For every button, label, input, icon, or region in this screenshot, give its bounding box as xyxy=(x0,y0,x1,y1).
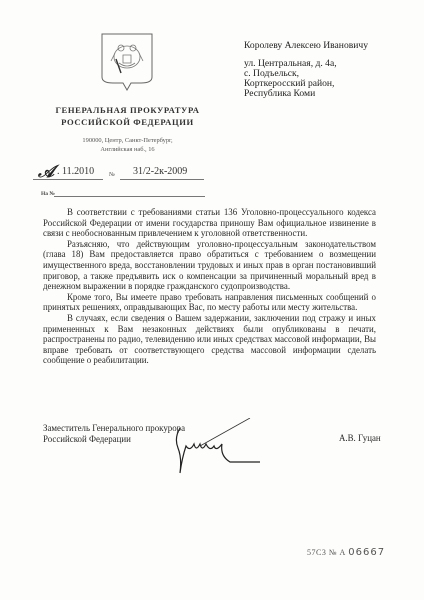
number-label: № xyxy=(109,172,115,178)
letter-page: ГЕНЕРАЛЬНАЯ ПРОКУРАТУРА РОССИЙСКОЙ ФЕДЕР… xyxy=(0,0,424,600)
addressee-address-line: Республика Коми xyxy=(244,89,368,99)
org-line-1: ГЕНЕРАЛЬНАЯ ПРОКУРАТУРА xyxy=(40,104,215,116)
org-line-2: РОССИЙСКОЙ ФЕДЕРАЦИИ xyxy=(40,116,215,128)
serial-prefix: 57С3 № А xyxy=(307,548,346,557)
addressee-name: Королеву Алексею Ивановичу xyxy=(244,41,368,51)
form-serial-number: 57С3 № А 06667 xyxy=(307,547,385,558)
date: . 11.2010 xyxy=(57,166,94,177)
reply-to-underline xyxy=(54,196,205,197)
signatory-title-line-1: Заместитель Генерального прокурора xyxy=(43,423,185,434)
handwritten-signature-icon xyxy=(170,418,270,498)
addressee-block: Королеву Алексею Ивановичу ул. Центральн… xyxy=(244,41,368,99)
signatory-title-line-2: Российской Федерации xyxy=(43,434,185,445)
letter-body: В соответствии с требованиями статьи 136… xyxy=(43,207,376,366)
paragraph: Разъясняю, что действующим уголовно-проц… xyxy=(43,239,376,292)
paragraph: Кроме того, Вы имеете право требовать на… xyxy=(43,292,376,313)
signatory-name: А.В. Гуцан xyxy=(339,433,381,443)
document-number: 31/2-2к-2009 xyxy=(133,166,187,177)
paragraph: В соответствии с требованиями статьи 136… xyxy=(43,207,376,239)
address-line-2: Английская наб., 16 xyxy=(40,145,215,154)
reply-to-label: На № xyxy=(41,191,55,197)
coat-of-arms-icon xyxy=(101,33,153,91)
organization-address: 190000, Центр, Санкт-Петербург, Английск… xyxy=(40,136,215,154)
organization-name: ГЕНЕРАЛЬНАЯ ПРОКУРАТУРА РОССИЙСКОЙ ФЕДЕР… xyxy=(40,104,215,128)
signatory-title: Заместитель Генерального прокурора Росси… xyxy=(43,423,185,444)
serial-number: 06667 xyxy=(348,547,385,558)
address-line-1: 190000, Центр, Санкт-Петербург, xyxy=(40,136,215,145)
date-handwritten-day: 𝒜 xyxy=(38,162,54,182)
paragraph: В случаях, если сведения о Вашем задержа… xyxy=(43,313,376,366)
